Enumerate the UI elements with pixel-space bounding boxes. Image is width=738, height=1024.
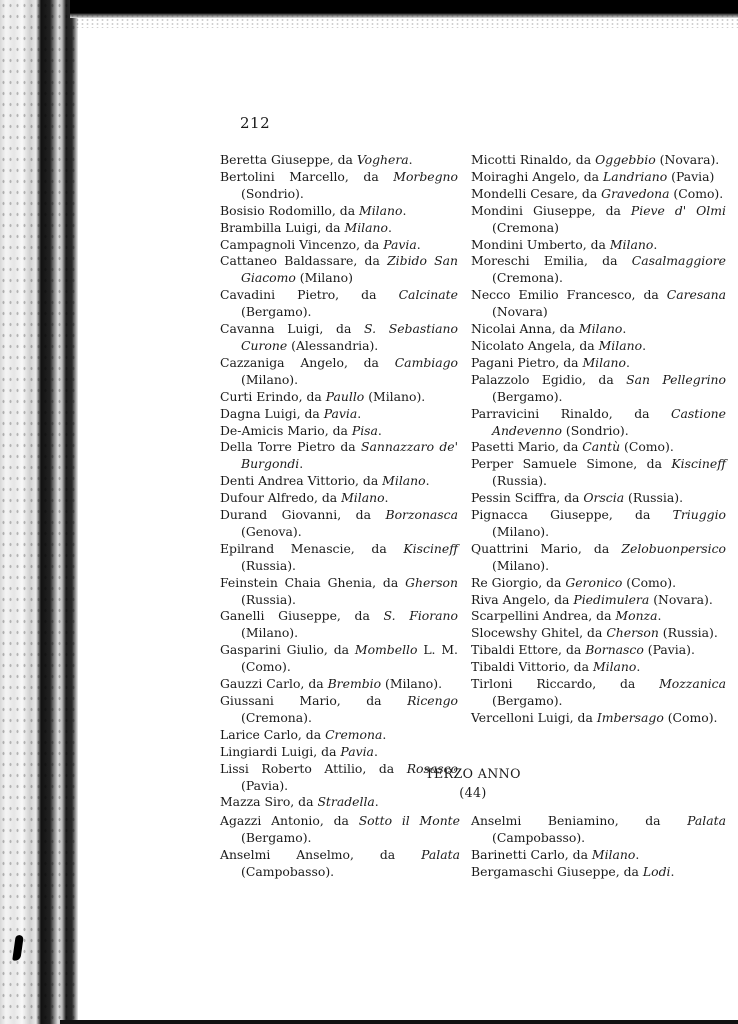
student-name: Feinstein Chaia Ghenia, da bbox=[220, 575, 405, 590]
hometown: Casalmaggiore bbox=[632, 253, 726, 268]
student-entry: Bertolini Marcello, da Morbegno (Sondrio… bbox=[220, 169, 458, 203]
student-name: Parravicini Rinaldo, da bbox=[471, 406, 671, 421]
student-entry: Moiraghi Angelo, da Landriano (Pavia) bbox=[471, 169, 726, 186]
student-entry: Parravicini Rinaldo, da Castione Andeven… bbox=[471, 406, 726, 440]
student-name: Pessin Sciffra, da bbox=[471, 490, 583, 505]
province: (Novara). bbox=[649, 592, 713, 607]
hometown: Lodi bbox=[643, 864, 671, 879]
student-entry: Cattaneo Baldassare, da Zibido San Giaco… bbox=[220, 253, 458, 287]
student-entry: Mondelli Cesare, da Gravedona (Como). bbox=[471, 186, 726, 203]
student-name: Scarpellini Andrea, da bbox=[471, 608, 615, 623]
province: . bbox=[299, 456, 303, 471]
province: (Bergamo). bbox=[241, 830, 312, 845]
student-name: Cavadini Pietro, da bbox=[220, 287, 399, 302]
hometown: Milano bbox=[359, 203, 402, 218]
student-entry: Bergamaschi Giuseppe, da Lodi. bbox=[471, 864, 726, 881]
hometown: Mombello bbox=[355, 642, 418, 657]
student-entry: Ganelli Giuseppe, da S. Fiorano (Milano)… bbox=[220, 608, 458, 642]
student-entry: Perper Samuele Simone, da Kiscineff (Rus… bbox=[471, 456, 726, 490]
scan-noise bbox=[0, 0, 78, 1024]
student-entry: Cavanna Luigi, da S. Sebastiano Curone (… bbox=[220, 321, 458, 355]
student-entry: Nicolai Anna, da Milano. bbox=[471, 321, 726, 338]
province: . bbox=[417, 237, 421, 252]
hometown: Landriano bbox=[603, 169, 667, 184]
student-name: Micotti Rinaldo, da bbox=[471, 152, 595, 167]
student-list-right-column: Micotti Rinaldo, da Oggebbio (Novara).Mo… bbox=[471, 152, 726, 727]
student-entry: Slocewshy Ghitel, da Cherson (Russia). bbox=[471, 625, 726, 642]
province: (Milano). bbox=[364, 389, 425, 404]
province: . bbox=[626, 355, 630, 370]
student-entry: Gasparini Giulio, da Mombello L. M. (Com… bbox=[220, 642, 458, 676]
student-name: Curti Erindo, da bbox=[220, 389, 326, 404]
hometown: Mozzanica bbox=[659, 676, 726, 691]
province: . bbox=[388, 220, 392, 235]
student-name: Riva Angelo, da bbox=[471, 592, 573, 607]
student-name: Pagani Pietro, da bbox=[471, 355, 583, 370]
student-entry: Bosisio Rodomillo, da Milano. bbox=[220, 203, 458, 220]
hometown: Paullo bbox=[326, 389, 365, 404]
province: (Como). bbox=[620, 439, 674, 454]
student-name: Moiraghi Angelo, da bbox=[471, 169, 603, 184]
hometown: Cambiago bbox=[395, 355, 458, 370]
student-name: Cattaneo Baldassare, da bbox=[220, 253, 387, 268]
hometown: Caresana bbox=[667, 287, 726, 302]
student-entry: Vercelloni Luigi, da Imbersago (Como). bbox=[471, 710, 726, 727]
hometown: Pisa bbox=[352, 423, 378, 438]
province: (Russia). bbox=[241, 592, 296, 607]
province: (Novara). bbox=[656, 152, 720, 167]
student-entry: Epilrand Menascie, da Kiscineff (Russia)… bbox=[220, 541, 458, 575]
student-entry: Moreschi Emilia, da Casalmaggiore (Cremo… bbox=[471, 253, 726, 287]
province: (Como). bbox=[622, 575, 676, 590]
student-entry: Durand Giovanni, da Borzonasca (Genova). bbox=[220, 507, 458, 541]
student-entry: Della Torre Pietro da Sannazzaro de' Bur… bbox=[220, 439, 458, 473]
student-entry: Gauzzi Carlo, da Brembio (Milano). bbox=[220, 676, 458, 693]
student-name: Larice Carlo, da bbox=[220, 727, 325, 742]
hometown: Morbegno bbox=[393, 169, 458, 184]
hometown: Geronico bbox=[565, 575, 622, 590]
student-entry: Micotti Rinaldo, da Oggebbio (Novara). bbox=[471, 152, 726, 169]
student-entry: Curti Erindo, da Paullo (Milano). bbox=[220, 389, 458, 406]
hometown: Milano bbox=[382, 473, 425, 488]
student-name: Durand Giovanni, da bbox=[220, 507, 385, 522]
student-name: Re Giorgio, da bbox=[471, 575, 565, 590]
student-name: Gauzzi Carlo, da bbox=[220, 676, 328, 691]
province: . bbox=[657, 608, 661, 623]
hometown: Kiscineff bbox=[403, 541, 458, 556]
student-entry: Mondini Umberto, da Milano. bbox=[471, 237, 726, 254]
province: . bbox=[635, 847, 639, 862]
hometown: Sotto il Monte bbox=[359, 813, 460, 828]
province: (Russia). bbox=[492, 473, 547, 488]
province: . bbox=[382, 727, 386, 742]
hometown: Pieve d' Olmi bbox=[631, 203, 726, 218]
province: (Milano). bbox=[241, 625, 298, 640]
hometown: Cherson bbox=[606, 625, 659, 640]
province: . bbox=[357, 406, 361, 421]
hometown: Bornasco bbox=[585, 642, 644, 657]
student-name: Slocewshy Ghitel, da bbox=[471, 625, 606, 640]
hometown: Milano bbox=[610, 237, 653, 252]
student-name: Palazzolo Egidio, da bbox=[471, 372, 626, 387]
province: (Cremona). bbox=[241, 710, 312, 725]
student-name: Vercelloni Luigi, da bbox=[471, 710, 597, 725]
province: . bbox=[402, 203, 406, 218]
hometown: Gravedona bbox=[601, 186, 669, 201]
student-entry: Mondini Giuseppe, da Pieve d' Olmi (Crem… bbox=[471, 203, 726, 237]
student-name: Moreschi Emilia, da bbox=[471, 253, 632, 268]
student-entry: Agazzi Antonio, da Sotto il Monte (Berga… bbox=[220, 813, 460, 847]
student-entry: Anselmi Anselmo, da Palata (Campobasso). bbox=[220, 847, 460, 881]
province: . bbox=[653, 237, 657, 252]
student-entry: Anselmi Beniamino, da Palata (Campobasso… bbox=[471, 813, 726, 847]
student-entry: Pignacca Giuseppe, da Triuggio (Milano). bbox=[471, 507, 726, 541]
scan-top-noise bbox=[70, 14, 738, 28]
province: (Russia). bbox=[659, 625, 718, 640]
province: (Novara) bbox=[492, 304, 548, 319]
hometown: Oggebbio bbox=[595, 152, 656, 167]
student-name: Quattrini Mario, da bbox=[471, 541, 621, 556]
student-name: Lingiardi Luigi, da bbox=[220, 744, 340, 759]
hometown: Milano bbox=[579, 321, 622, 336]
student-name: Dagna Luigi, da bbox=[220, 406, 324, 421]
student-name: De-Amicis Mario, da bbox=[220, 423, 352, 438]
province: . bbox=[378, 423, 382, 438]
province: . bbox=[409, 152, 413, 167]
province: (Alessandria). bbox=[287, 338, 378, 353]
terzo-anno-left-column: Agazzi Antonio, da Sotto il Monte (Berga… bbox=[220, 813, 460, 881]
student-name: Cavanna Luigi, da bbox=[220, 321, 364, 336]
student-entry: Giussani Mario, da Ricengo (Cremona). bbox=[220, 693, 458, 727]
student-entry: Palazzolo Egidio, da San Pellegrino (Ber… bbox=[471, 372, 726, 406]
student-entry: Scarpellini Andrea, da Monza. bbox=[471, 608, 726, 625]
student-entry: Cavadini Pietro, da Calcinate (Bergamo). bbox=[220, 287, 458, 321]
province: (Russia). bbox=[241, 558, 296, 573]
student-name: Bosisio Rodomillo, da bbox=[220, 203, 359, 218]
student-name: Pasetti Mario, da bbox=[471, 439, 582, 454]
province: . bbox=[636, 659, 640, 674]
hometown: Voghera bbox=[357, 152, 409, 167]
province: (Pavia) bbox=[667, 169, 714, 184]
student-name: Mondini Umberto, da bbox=[471, 237, 610, 252]
hometown: Borzonasca bbox=[385, 507, 458, 522]
province: . bbox=[622, 321, 626, 336]
province: (Bergamo). bbox=[492, 389, 563, 404]
hometown: Palata bbox=[687, 813, 726, 828]
hometown: San Pellegrino bbox=[626, 372, 726, 387]
student-entry: Quattrini Mario, da Zelobuonpersico (Mil… bbox=[471, 541, 726, 575]
hometown: Milano bbox=[592, 847, 635, 862]
student-name: Brambilla Luigi, da bbox=[220, 220, 345, 235]
province: . bbox=[642, 338, 646, 353]
hometown: Cantù bbox=[582, 439, 620, 454]
student-entry: Barinetti Carlo, da Milano. bbox=[471, 847, 726, 864]
page-number: 212 bbox=[240, 114, 270, 132]
student-name: Giussani Mario, da bbox=[220, 693, 407, 708]
student-name: Barinetti Carlo, da bbox=[471, 847, 592, 862]
hometown: Milano bbox=[583, 355, 626, 370]
student-name: Mondelli Cesare, da bbox=[471, 186, 601, 201]
hometown: Orscia bbox=[583, 490, 624, 505]
student-name: Gasparini Giulio, da bbox=[220, 642, 355, 657]
province: (Cremona). bbox=[492, 270, 563, 285]
student-entry: Cazzaniga Angelo, da Cambiago (Milano). bbox=[220, 355, 458, 389]
province: (Genova). bbox=[241, 524, 302, 539]
student-name: Pignacca Giuseppe, da bbox=[471, 507, 673, 522]
section-count: (44) bbox=[220, 785, 726, 800]
student-entry: Feinstein Chaia Ghenia, da Gherson (Russ… bbox=[220, 575, 458, 609]
student-entry: Denti Andrea Vittorio, da Milano. bbox=[220, 473, 458, 490]
province: (Como). bbox=[664, 710, 718, 725]
hometown: Monza bbox=[615, 608, 657, 623]
hometown: Ricengo bbox=[407, 693, 458, 708]
student-name: Denti Andrea Vittorio, da bbox=[220, 473, 382, 488]
student-entry: Brambilla Luigi, da Milano. bbox=[220, 220, 458, 237]
province: (Sondrio). bbox=[241, 186, 304, 201]
student-name: Tirloni Riccardo, da bbox=[471, 676, 659, 691]
province: . bbox=[426, 473, 430, 488]
hometown: Cremona bbox=[325, 727, 382, 742]
student-name: Dufour Alfredo, da bbox=[220, 490, 341, 505]
student-entry: Re Giorgio, da Geronico (Como). bbox=[471, 575, 726, 592]
hometown: S. Fiorano bbox=[384, 608, 458, 623]
student-entry: Lingiardi Luigi, da Pavia. bbox=[220, 744, 458, 761]
hometown: Pavia bbox=[383, 237, 417, 252]
student-entry: Riva Angelo, da Piedimulera (Novara). bbox=[471, 592, 726, 609]
province: (Milano). bbox=[492, 524, 549, 539]
hometown: Triuggio bbox=[673, 507, 726, 522]
province: (Milano). bbox=[492, 558, 549, 573]
student-entry: Nicolato Angela, da Milano. bbox=[471, 338, 726, 355]
student-name: Anselmi Beniamino, da bbox=[471, 813, 687, 828]
student-name: Tibaldi Ettore, da bbox=[471, 642, 585, 657]
province: (Milano). bbox=[381, 676, 442, 691]
province: . bbox=[385, 490, 389, 505]
student-name: Epilrand Menascie, da bbox=[220, 541, 403, 556]
student-name: Mondini Giuseppe, da bbox=[471, 203, 631, 218]
province: (Cremona) bbox=[492, 220, 559, 235]
student-entry: Dufour Alfredo, da Milano. bbox=[220, 490, 458, 507]
student-entry: De-Amicis Mario, da Pisa. bbox=[220, 423, 458, 440]
student-entry: Dagna Luigi, da Pavia. bbox=[220, 406, 458, 423]
student-name: Ganelli Giuseppe, da bbox=[220, 608, 384, 623]
province: (Como). bbox=[669, 186, 723, 201]
province: . bbox=[374, 744, 378, 759]
terzo-anno-right-column: Anselmi Beniamino, da Palata (Campobasso… bbox=[471, 813, 726, 881]
student-name: Bertolini Marcello, da bbox=[220, 169, 393, 184]
province: (Sondrio). bbox=[562, 423, 629, 438]
student-name: Tibaldi Vittorio, da bbox=[471, 659, 593, 674]
student-name: Beretta Giuseppe, da bbox=[220, 152, 357, 167]
student-entry: Pasetti Mario, da Cantù (Como). bbox=[471, 439, 726, 456]
province: (Bergamo). bbox=[241, 304, 312, 319]
hometown: Zelobuonpersico bbox=[621, 541, 726, 556]
student-name: Nicolai Anna, da bbox=[471, 321, 579, 336]
student-name: Bergamaschi Giuseppe, da bbox=[471, 864, 643, 879]
hometown: Milano bbox=[345, 220, 388, 235]
hometown: Pavia bbox=[340, 744, 374, 759]
province: (Milano) bbox=[296, 270, 353, 285]
student-name: Nicolato Angela, da bbox=[471, 338, 599, 353]
section-heading: TERZO ANNO bbox=[220, 766, 726, 781]
student-entry: Tirloni Riccardo, da Mozzanica (Bergamo)… bbox=[471, 676, 726, 710]
province: (Bergamo). bbox=[492, 693, 563, 708]
student-name: Anselmi Anselmo, da bbox=[220, 847, 421, 862]
student-name: Agazzi Antonio, da bbox=[220, 813, 359, 828]
hometown: Milano bbox=[341, 490, 384, 505]
scan-bottom-edge bbox=[60, 1020, 738, 1024]
student-entry: Pessin Sciffra, da Orscia (Russia). bbox=[471, 490, 726, 507]
hometown: Calcinate bbox=[399, 287, 458, 302]
student-entry: Necco Emilio Francesco, da Caresana (Nov… bbox=[471, 287, 726, 321]
hometown: Piedimulera bbox=[573, 592, 649, 607]
student-entry: Tibaldi Vittorio, da Milano. bbox=[471, 659, 726, 676]
province: (Russia). bbox=[624, 490, 683, 505]
hometown: Milano bbox=[599, 338, 642, 353]
province: (Campobasso). bbox=[241, 864, 334, 879]
student-list-left-column: Beretta Giuseppe, da Voghera.Bertolini M… bbox=[220, 152, 458, 811]
student-name: Perper Samuele Simone, da bbox=[471, 456, 671, 471]
student-entry: Campagnoli Vincenzo, da Pavia. bbox=[220, 237, 458, 254]
student-name: Cazzaniga Angelo, da bbox=[220, 355, 395, 370]
student-name: Della Torre Pietro da bbox=[220, 439, 361, 454]
student-name: Campagnoli Vincenzo, da bbox=[220, 237, 383, 252]
hometown: Palata bbox=[421, 847, 460, 862]
hometown: Brembio bbox=[328, 676, 381, 691]
hometown: Pavia bbox=[324, 406, 358, 421]
hometown: Gherson bbox=[405, 575, 458, 590]
student-entry: Tibaldi Ettore, da Bornasco (Pavia). bbox=[471, 642, 726, 659]
hometown: Kiscineff bbox=[671, 456, 726, 471]
hometown: Imbersago bbox=[597, 710, 664, 725]
student-entry: Larice Carlo, da Cremona. bbox=[220, 727, 458, 744]
province: . bbox=[670, 864, 674, 879]
student-name: Necco Emilio Francesco, da bbox=[471, 287, 667, 302]
province: (Campobasso). bbox=[492, 830, 585, 845]
province: (Milano). bbox=[241, 372, 298, 387]
province: (Pavia). bbox=[644, 642, 695, 657]
student-entry: Beretta Giuseppe, da Voghera. bbox=[220, 152, 458, 169]
hometown: Milano bbox=[593, 659, 636, 674]
student-entry: Pagani Pietro, da Milano. bbox=[471, 355, 726, 372]
